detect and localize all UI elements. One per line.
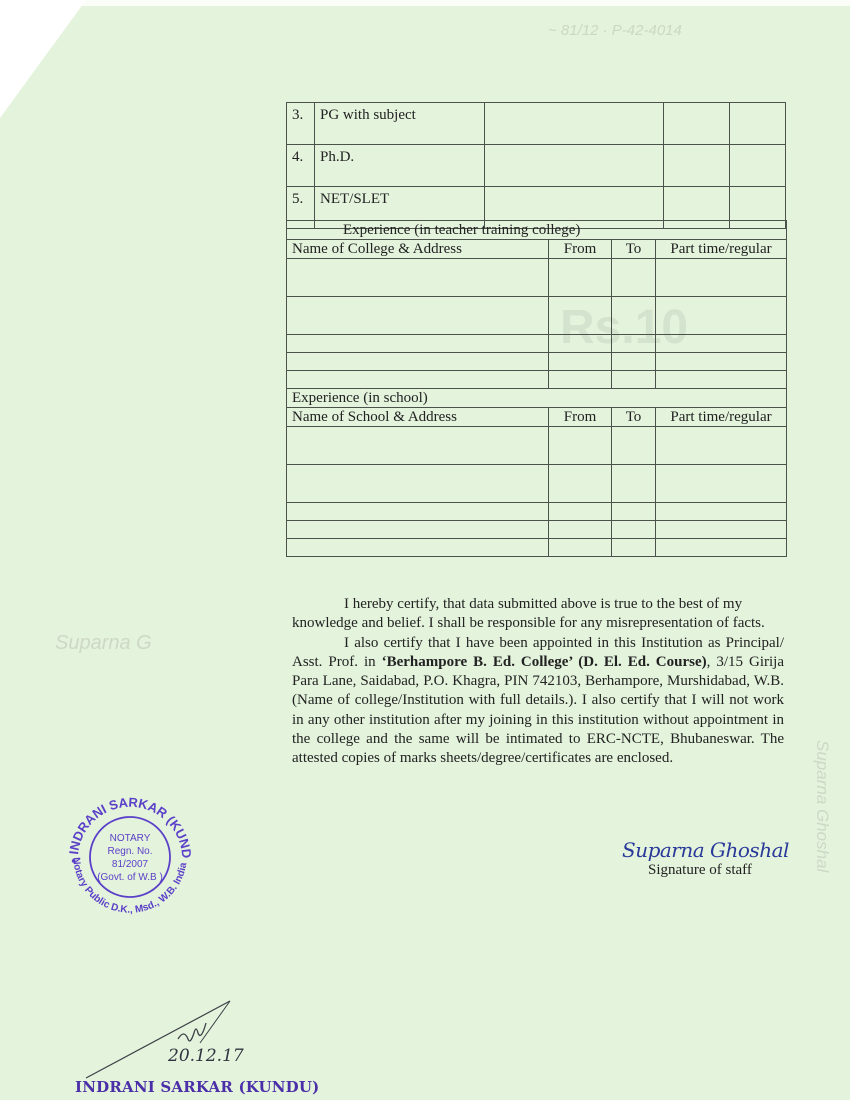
empty-cell [287, 521, 549, 539]
notary-date: 20.12.17 [168, 1046, 244, 1066]
empty-cell [549, 353, 612, 371]
empty-cell [656, 465, 787, 503]
signature-label: Signature of staff [648, 862, 752, 879]
column-header-name: Name of College & Address [287, 240, 549, 259]
empty-cell [287, 353, 549, 371]
section-title-college: Experience (in teacher training college) [287, 221, 787, 240]
year-cell [664, 145, 730, 187]
empty-cell [612, 539, 656, 557]
signature-scribble-icon [60, 995, 260, 1080]
empty-cell [612, 335, 656, 353]
table-row [287, 371, 787, 389]
qualifications-table: 3. PG with subject 4. Ph.D. 5. NET/SLET [286, 102, 786, 229]
faint-handwritten-note: ~ 81/12 · P-42-4014 [548, 22, 682, 39]
empty-cell [612, 503, 656, 521]
empty-cell [612, 465, 656, 503]
column-header-to: To [612, 408, 656, 427]
empty-cell [656, 353, 787, 371]
stamp-line-4: (Govt. of W.B ) [97, 872, 163, 883]
para2-rest: , 3/15 Girija Para Lane, Saidabad, P.O. … [292, 654, 784, 766]
empty-cell [287, 503, 549, 521]
column-header-to: To [612, 240, 656, 259]
stamp-line-3: 81/2007 [112, 859, 149, 870]
empty-cell [612, 297, 656, 335]
table-row [287, 521, 787, 539]
table-row [287, 353, 787, 371]
certification-paragraph-2: I also certify that I have been appointe… [292, 634, 784, 769]
empty-cell [549, 259, 612, 297]
marks-cell [730, 103, 786, 145]
header-row: Name of College & Address From To Part t… [287, 240, 787, 259]
column-header-type: Part time/regular [656, 408, 787, 427]
table-row [287, 259, 787, 297]
empty-cell [287, 335, 549, 353]
table-row [287, 503, 787, 521]
table-row [287, 335, 787, 353]
empty-cell [656, 371, 787, 389]
row-number: 4. [287, 145, 315, 187]
column-header-name: Name of School & Address [287, 408, 549, 427]
empty-cell [656, 503, 787, 521]
empty-cell [549, 297, 612, 335]
empty-cell [287, 259, 549, 297]
right-signature-showthrough: Suparna Ghoshal [812, 740, 832, 872]
certification-text: I hereby certify, that data submitted ab… [292, 595, 784, 769]
empty-cell [287, 465, 549, 503]
qualification-name: Ph.D. [315, 145, 485, 187]
college-name: ‘Berhampore B. Ed. College’ (D. El. Ed. … [382, 654, 707, 670]
institution-cell [485, 103, 664, 145]
empty-cell [656, 259, 787, 297]
certification-paragraph-1: I hereby certify, that data submitted ab… [292, 595, 784, 634]
table-row [287, 539, 787, 557]
section-row: Experience (in teacher training college) [287, 221, 787, 240]
notary-name-stamp: INDRANI SARKAR (KUNDU) [75, 1078, 319, 1096]
experience-table: Experience (in teacher training college)… [286, 220, 787, 557]
column-header-type: Part time/regular [656, 240, 787, 259]
folded-corner [0, 0, 86, 118]
row-number: 3. [287, 103, 315, 145]
column-header-from: From [549, 408, 612, 427]
table-row: 4. Ph.D. [287, 145, 786, 187]
empty-cell [549, 427, 612, 465]
empty-cell [656, 521, 787, 539]
empty-cell [549, 503, 612, 521]
notary-seal-icon: • INDRANI SARKAR (KUNDU) • Notary Public… [60, 785, 200, 925]
empty-cell [612, 353, 656, 371]
header-row: Name of School & Address From To Part ti… [287, 408, 787, 427]
empty-cell [549, 335, 612, 353]
staff-signature: Suparna Ghoshal [622, 838, 789, 862]
table-row [287, 427, 787, 465]
empty-cell [656, 427, 787, 465]
empty-cell [612, 427, 656, 465]
empty-cell [549, 465, 612, 503]
column-header-from: From [549, 240, 612, 259]
marks-cell [730, 145, 786, 187]
section-title-school: Experience (in school) [287, 389, 787, 408]
notary-stamp: • INDRANI SARKAR (KUNDU) • Notary Public… [60, 785, 200, 925]
institution-cell [485, 145, 664, 187]
empty-cell [287, 297, 549, 335]
empty-cell [612, 371, 656, 389]
empty-cell [656, 297, 787, 335]
empty-cell [656, 539, 787, 557]
empty-cell [287, 427, 549, 465]
stamp-line-1: NOTARY [110, 833, 151, 844]
notary-signature-stroke [60, 995, 260, 1080]
left-signature-showthrough: Suparna G [55, 632, 152, 655]
qualification-name: PG with subject [315, 103, 485, 145]
empty-cell [287, 539, 549, 557]
empty-cell [549, 521, 612, 539]
table-row: 3. PG with subject [287, 103, 786, 145]
empty-cell [287, 371, 549, 389]
empty-cell [612, 521, 656, 539]
page-top-edge [0, 0, 850, 6]
empty-cell [549, 371, 612, 389]
table-row [287, 297, 787, 335]
year-cell [664, 103, 730, 145]
empty-cell [549, 539, 612, 557]
stamp-line-2: Regn. No. [107, 846, 152, 857]
empty-cell [656, 335, 787, 353]
table-row [287, 465, 787, 503]
empty-cell [612, 259, 656, 297]
section-row: Experience (in school) [287, 389, 787, 408]
